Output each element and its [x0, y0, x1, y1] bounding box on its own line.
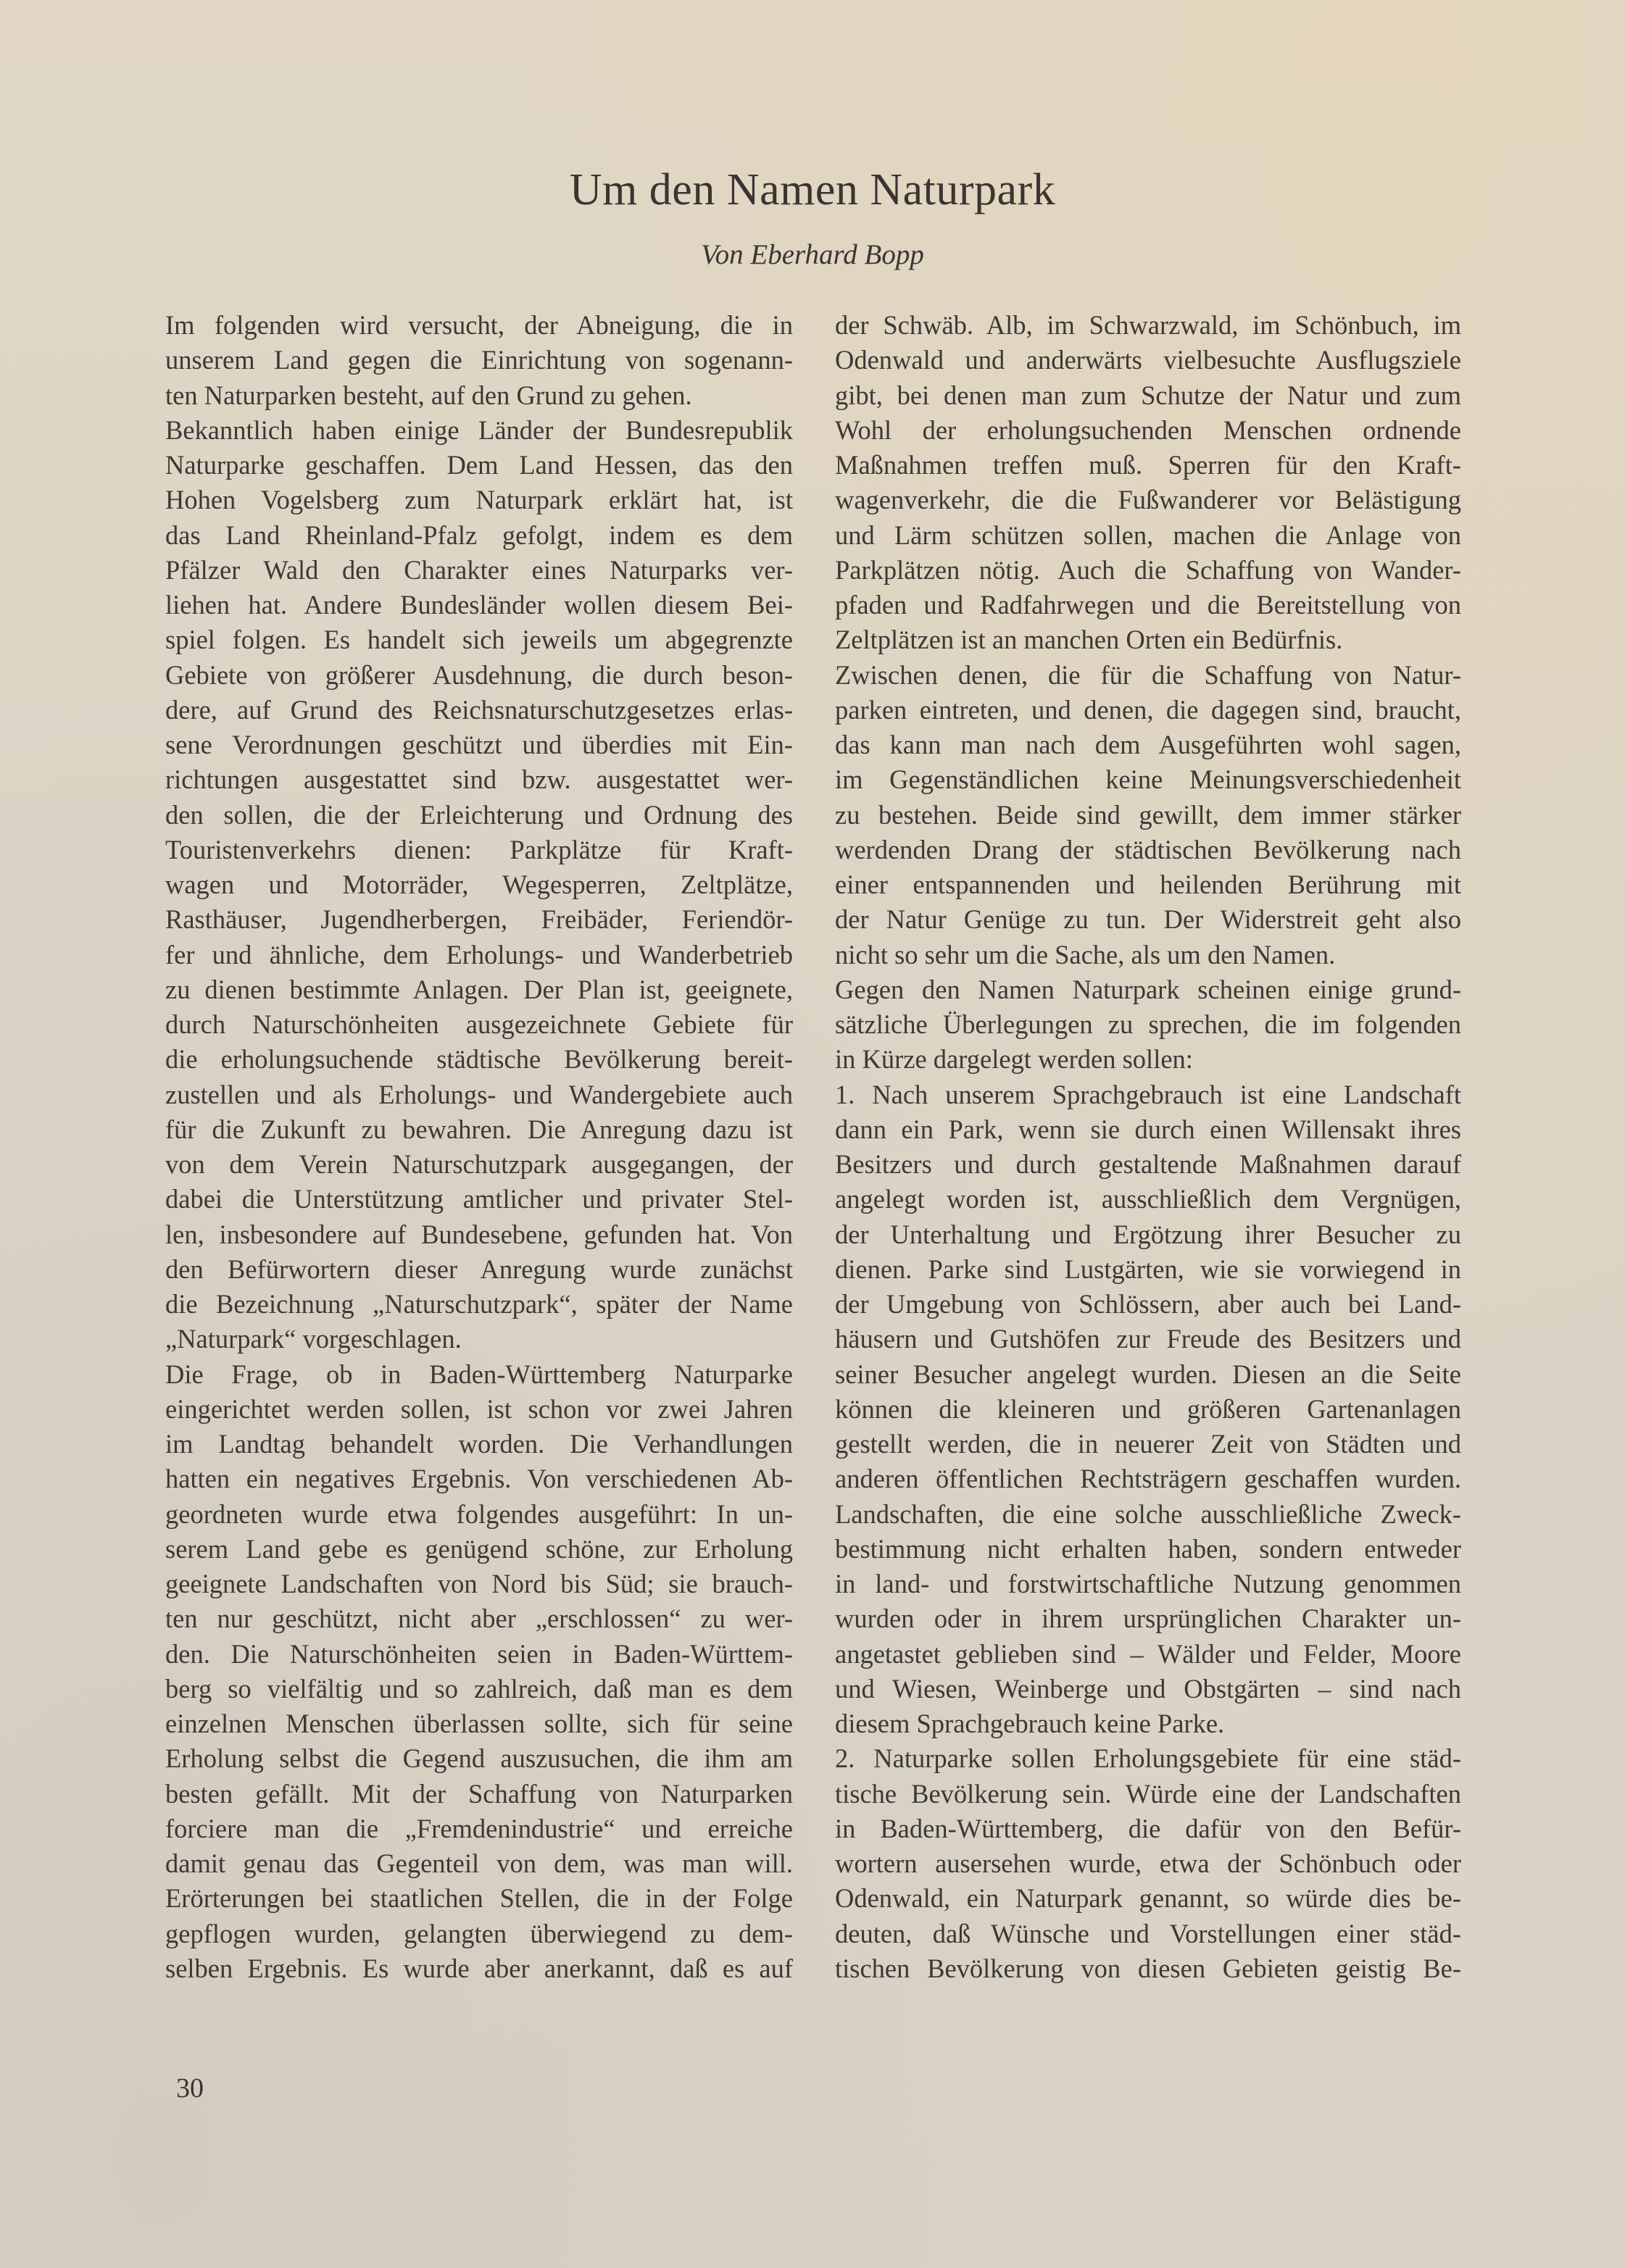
text-line: unserem Land gegen die Einrichtung von s… [165, 343, 793, 378]
text-line: hatten ein negatives Ergebnis. Von versc… [165, 1462, 793, 1496]
text-line: der Unterhaltung und Ergötzung ihrer Bes… [835, 1217, 1461, 1252]
text-line: dere, auf Grund des Reichsnaturschutzges… [165, 693, 793, 727]
text-line: berg so vielfältig und so zahlreich, daß… [165, 1672, 793, 1706]
text-line: angelegt worden ist, ausschließlich dem … [835, 1182, 1461, 1217]
text-line: Rasthäuser, Jugendherbergen, Freibäder, … [165, 902, 793, 937]
text-line: zu bestehen. Beide sind gewillt, dem imm… [835, 798, 1461, 833]
text-line: in land- und forstwirtschaftliche Nutzun… [835, 1567, 1461, 1601]
article-title: Um den Namen Naturpark [0, 161, 1625, 219]
text-line: forciere man die „Fremdenindustrie“ und … [165, 1812, 793, 1846]
text-line: tische Bevölkerung sein. Würde eine der … [835, 1777, 1461, 1812]
text-line: das kann man nach dem Ausgeführten wohl … [835, 727, 1461, 762]
text-line: parken eintreten, und denen, die dagegen… [835, 693, 1461, 727]
text-line: fer und ähnliche, dem Erholungs- und Wan… [165, 938, 793, 972]
text-line: Bekanntlich haben einige Länder der Bund… [165, 413, 793, 448]
text-line: zu dienen bestimmte Anlagen. Der Plan is… [165, 972, 793, 1007]
text-line: Landschaften, die eine solche ausschließ… [835, 1497, 1461, 1532]
text-line: sene Verordnungen geschützt und überdies… [165, 727, 793, 762]
text-line: Odenwald und anderwärts vielbesuchte Aus… [835, 343, 1461, 378]
text-line: Die Frage, ob in Baden-Württemberg Natur… [165, 1357, 793, 1392]
text-line: tischen Bevölkerung von diesen Gebieten … [835, 1951, 1461, 1986]
text-line: der Natur Genüge zu tun. Der Widerstreit… [835, 902, 1461, 937]
text-line: Hohen Vogelsberg zum Naturpark erklärt h… [165, 483, 793, 517]
text-line: die erholungsuchende städtische Bevölker… [165, 1042, 793, 1077]
text-line: Gebiete von größerer Ausdehnung, die dur… [165, 658, 793, 693]
text-line: dann ein Park, wenn sie durch einen Will… [835, 1112, 1461, 1147]
text-line: geordneten wurde etwa folgendes ausgefüh… [165, 1497, 793, 1532]
text-line: Erholung selbst die Gegend auszusuchen, … [165, 1741, 793, 1776]
text-line: Zwischen denen, die für die Schaffung vo… [835, 658, 1461, 693]
text-line: im Landtag behandelt worden. Die Verhand… [165, 1427, 793, 1462]
text-line: den sollen, die der Erleichterung und Or… [165, 798, 793, 833]
text-line: geeignete Landschaften von Nord bis Süd;… [165, 1567, 793, 1601]
text-line: gestellt werden, die in neuerer Zeit von… [835, 1427, 1461, 1462]
text-line: Odenwald, ein Naturpark genannt, so würd… [835, 1881, 1461, 1916]
text-line: serem Land gebe es genügend schöne, zur … [165, 1532, 793, 1567]
text-line: len, insbesondere auf Bundesebene, gefun… [165, 1217, 793, 1252]
text-line: pfaden und Radfahrwegen und die Bereitst… [835, 588, 1461, 622]
page-number: 30 [176, 2072, 204, 2104]
text-line: Erörterungen bei staatlichen Stellen, di… [165, 1881, 793, 1916]
text-line: wagen und Motorräder, Wegesperren, Zeltp… [165, 867, 793, 902]
text-line: sätzliche Überlegungen zu sprechen, die … [835, 1007, 1461, 1042]
text-line: den Befürwortern dieser Anregung wurde z… [165, 1252, 793, 1287]
text-line: 2. Naturparke sollen Erholungsgebiete fü… [835, 1741, 1461, 1776]
text-line: den. Die Naturschönheiten seien in Baden… [165, 1637, 793, 1672]
text-line: liehen hat. Andere Bundesländer wollen d… [165, 588, 793, 622]
text-line: dienen. Parke sind Lustgärten, wie sie v… [835, 1252, 1461, 1287]
text-line: wortern ausersehen wurde, etwa der Schön… [835, 1846, 1461, 1881]
text-line: werdenden Drang der städtischen Bevölker… [835, 833, 1461, 867]
text-line: im Gegenständlichen keine Meinungsversch… [835, 762, 1461, 797]
text-line: 1. Nach unserem Sprachgebrauch ist eine … [835, 1077, 1461, 1112]
text-line: besten gefällt. Mit der Schaffung von Na… [165, 1777, 793, 1812]
text-line: einzelnen Menschen überlassen sollte, si… [165, 1706, 793, 1741]
text-line: damit genau das Gegenteil von dem, was m… [165, 1846, 793, 1881]
text-line: Wohl der erholungsuchenden Menschen ordn… [835, 413, 1461, 448]
text-line: Parkplätzen nötig. Auch die Schaffung vo… [835, 553, 1461, 588]
text-line: gepflogen wurden, gelangten überwiegend … [165, 1917, 793, 1951]
text-line: Touristenverkehrs dienen: Parkplätze für… [165, 833, 793, 867]
text-line: eingerichtet werden sollen, ist schon vo… [165, 1392, 793, 1427]
text-line: von dem Verein Naturschutzpark ausgegang… [165, 1147, 793, 1182]
text-line: der Schwäb. Alb, im Schwarzwald, im Schö… [835, 308, 1461, 343]
text-column-left: Im folgenden wird versucht, der Abneigun… [165, 308, 793, 1986]
text-line: der Umgebung von Schlössern, aber auch b… [835, 1287, 1461, 1322]
document-page: Um den Namen Naturpark Von Eberhard Bopp… [0, 0, 1625, 2268]
text-line: Gegen den Namen Naturpark scheinen einig… [835, 972, 1461, 1007]
text-line: das Land Rheinland-Pfalz gefolgt, indem … [165, 518, 793, 553]
text-line: selben Ergebnis. Es wurde aber anerkannt… [165, 1951, 793, 1986]
text-line: diesem Sprachgebrauch keine Parke. [835, 1706, 1461, 1741]
text-line: in Baden-Württemberg, die dafür von den … [835, 1812, 1461, 1846]
text-line: Besitzers und durch gestaltende Maßnahme… [835, 1147, 1461, 1182]
text-line: richtungen ausgestattet sind bzw. ausges… [165, 762, 793, 797]
text-line: können die kleineren und größeren Garten… [835, 1392, 1461, 1427]
text-line: für die Zukunft zu bewahren. Die Anregun… [165, 1112, 793, 1147]
text-line: Im folgenden wird versucht, der Abneigun… [165, 308, 793, 343]
text-line: ten Naturparken besteht, auf den Grund z… [165, 378, 793, 413]
text-line: dabei die Unterstützung amtlicher und pr… [165, 1182, 793, 1217]
text-line: wagenverkehr, die die Fußwanderer vor Be… [835, 483, 1461, 517]
text-line: angetastet geblieben sind – Wälder und F… [835, 1637, 1461, 1672]
text-line: gibt, bei denen man zum Schutze der Natu… [835, 378, 1461, 413]
text-line: spiel folgen. Es handelt sich jeweils um… [165, 622, 793, 657]
text-line: Naturparke geschaffen. Dem Land Hessen, … [165, 448, 793, 483]
text-line: bestimmung nicht erhalten haben, sondern… [835, 1532, 1461, 1567]
text-line: zustellen und als Erholungs- und Wanderg… [165, 1077, 793, 1112]
text-line: seiner Besucher angelegt wurden. Diesen … [835, 1357, 1461, 1392]
text-line: nicht so sehr um die Sache, als um den N… [835, 938, 1461, 972]
text-column-right: der Schwäb. Alb, im Schwarzwald, im Schö… [835, 308, 1461, 1986]
text-line: häusern und Gutshöfen zur Freude des Bes… [835, 1322, 1461, 1356]
text-line: Maßnahmen treffen muß. Sperren für den K… [835, 448, 1461, 483]
text-line: die Bezeichnung „Naturschutzpark“, späte… [165, 1287, 793, 1322]
article-author: Von Eberhard Bopp [0, 237, 1625, 273]
text-line: ten nur geschützt, nicht aber „erschloss… [165, 1601, 793, 1636]
text-line: anderen öffentlichen Rechtsträgern gesch… [835, 1462, 1461, 1496]
text-line: deuten, daß Wünsche und Vorstellungen ei… [835, 1917, 1461, 1951]
text-line: in Kürze dargelegt werden sollen: [835, 1042, 1461, 1077]
text-line: Zeltplätzen ist an manchen Orten ein Bed… [835, 622, 1461, 657]
text-line: „Naturpark“ vorgeschlagen. [165, 1322, 793, 1356]
text-line: und Lärm schützen sollen, machen die Anl… [835, 518, 1461, 553]
text-line: wurden oder in ihrem ursprünglichen Char… [835, 1601, 1461, 1636]
text-line: einer entspannenden und heilenden Berühr… [835, 867, 1461, 902]
text-line: Pfälzer Wald den Charakter eines Naturpa… [165, 553, 793, 588]
text-line: durch Naturschönheiten ausgezeichnete Ge… [165, 1007, 793, 1042]
text-line: und Wiesen, Weinberge und Obstgärten – s… [835, 1672, 1461, 1706]
